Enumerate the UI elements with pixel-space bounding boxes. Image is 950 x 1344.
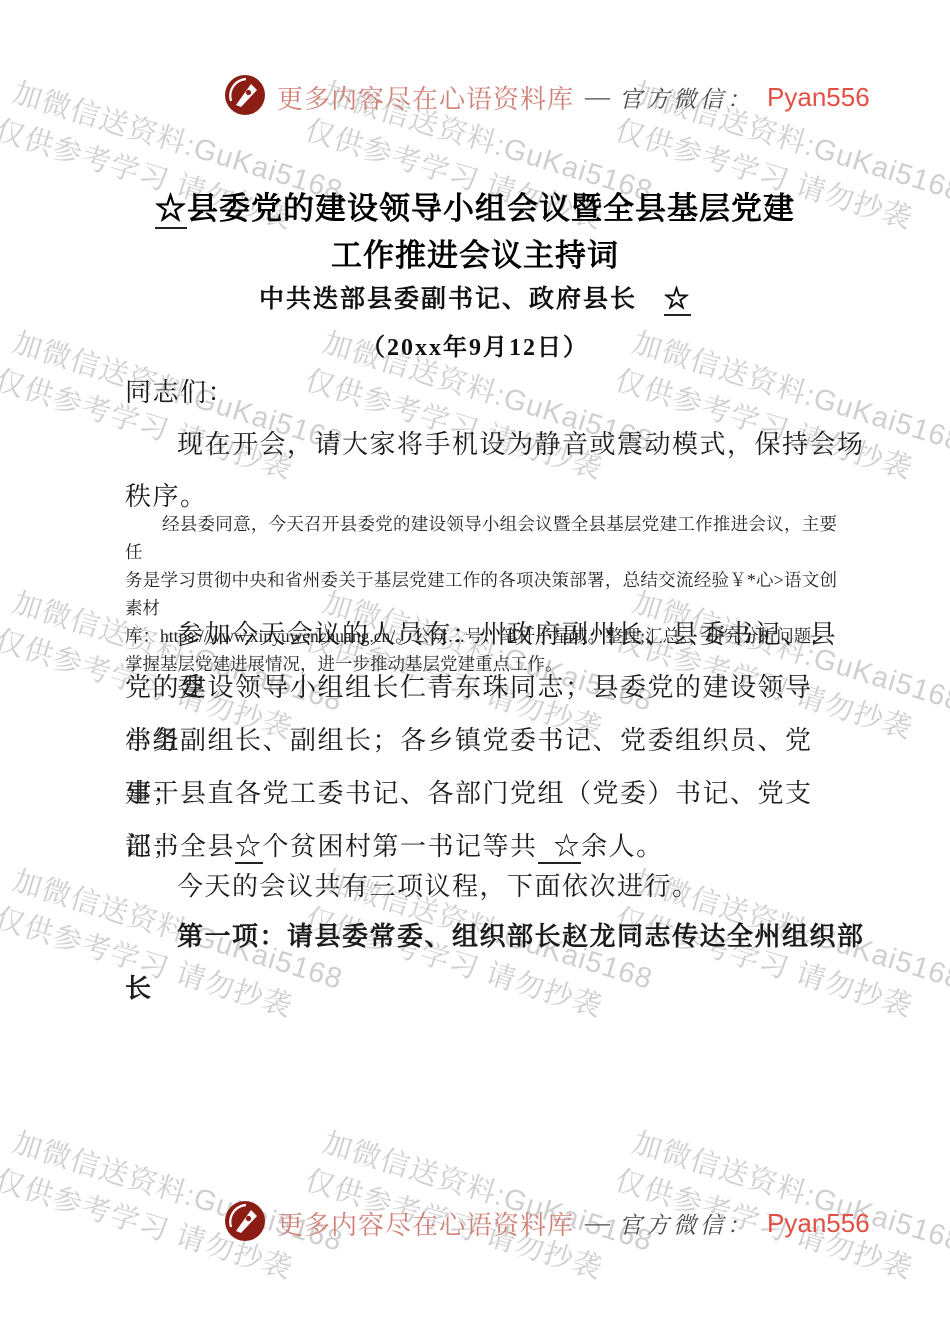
agenda-line: 今天的会议共有三项议程，下面依次进行。 bbox=[125, 866, 889, 903]
header-brand-bar: 更多内容尽在心语资料库 — 官方微信： Pyan556 bbox=[222, 72, 870, 123]
doc-title-line-1: ☆县委党的建设领导小组会议暨全县基层党建 bbox=[0, 183, 950, 228]
doc-byline: 中共迭部县委副书记、政府县长 ☆ bbox=[0, 279, 950, 315]
doc-title-line-2: 工作推进会议主持词 bbox=[0, 230, 950, 275]
document-page: 加微信送资料:GuKai5168仅供参考学习 请勿抄袭加微信送资料:GuKai5… bbox=[0, 0, 950, 1344]
footer-brand-bar: 更多内容尽在心语资料库 — 官方微信： Pyan556 bbox=[222, 1198, 870, 1249]
title-star: ☆ bbox=[155, 191, 187, 229]
doc-date-line: （20xx年9月12日） bbox=[0, 327, 950, 362]
attendees-seg: 记；全县 bbox=[125, 832, 235, 861]
opening-line-1: 现在开会，请大家将手机设为静音或震动模式，保持会场 bbox=[125, 424, 889, 461]
brand-slogan-text: 更多内容尽在心语资料库 bbox=[277, 79, 574, 116]
byline-text: 中共迭部县委副书记、政府县长 bbox=[259, 286, 637, 313]
title-text: 县委党的建设领导小组会议暨全县基层党建 bbox=[187, 191, 795, 226]
brand-separator: — bbox=[585, 84, 610, 112]
item1-line-2: 长 bbox=[125, 968, 837, 1005]
attendees-paragraph: 参加今天会议的人员有：州政府副州长、县委书记、县委 党的建设领导小组组长仁青东珠… bbox=[125, 608, 837, 873]
attendees-seg: 余人。 bbox=[581, 832, 664, 861]
salutation: 同志们： bbox=[125, 372, 837, 409]
wechat-label: 官方微信： bbox=[619, 81, 754, 114]
opening-line-2: 秩序。 bbox=[125, 476, 837, 513]
wechat-label: 官方微信： bbox=[619, 1207, 754, 1240]
pen-nib-badge-icon bbox=[222, 72, 268, 123]
attendees-line: 党的建设领导小组组长仁青东珠同志；县委党的建设领导小组 bbox=[125, 661, 837, 714]
wechat-account: Pyan556 bbox=[767, 1208, 870, 1239]
attendees-line: 常务副组长、副组长；各乡镇党委书记、党委组织员、党建干 bbox=[125, 714, 837, 767]
attendees-line: 事；县直各党工委书记、各部门党组（党委）书记、党支部书 bbox=[125, 767, 837, 820]
brand-separator: — bbox=[585, 1210, 610, 1238]
blank-star: ☆ bbox=[235, 832, 263, 864]
byline-star: ☆ bbox=[664, 286, 691, 316]
brand-slogan-text: 更多内容尽在心语资料库 bbox=[277, 1205, 574, 1242]
document-content: 更多内容尽在心语资料库 — 官方微信： Pyan556 ☆县委党的建设领导小组会… bbox=[0, 0, 950, 1344]
blank-star: ☆ bbox=[538, 832, 582, 864]
item1-line-1: 第一项：请县委常委、组织部长赵龙同志传达全州组织部 bbox=[125, 916, 889, 953]
attendees-line: 参加今天会议的人员有：州政府副州长、县委书记、县委 bbox=[125, 608, 837, 661]
wechat-account: Pyan556 bbox=[767, 82, 870, 113]
small-note-line: 经县委同意，今天召开县委党的建设领导小组会议暨全县基层党建工作推进会议，主要任 bbox=[125, 510, 837, 566]
pen-nib-badge-icon bbox=[222, 1198, 268, 1249]
attendees-seg: 个贫困村第一书记等共 bbox=[263, 832, 538, 861]
